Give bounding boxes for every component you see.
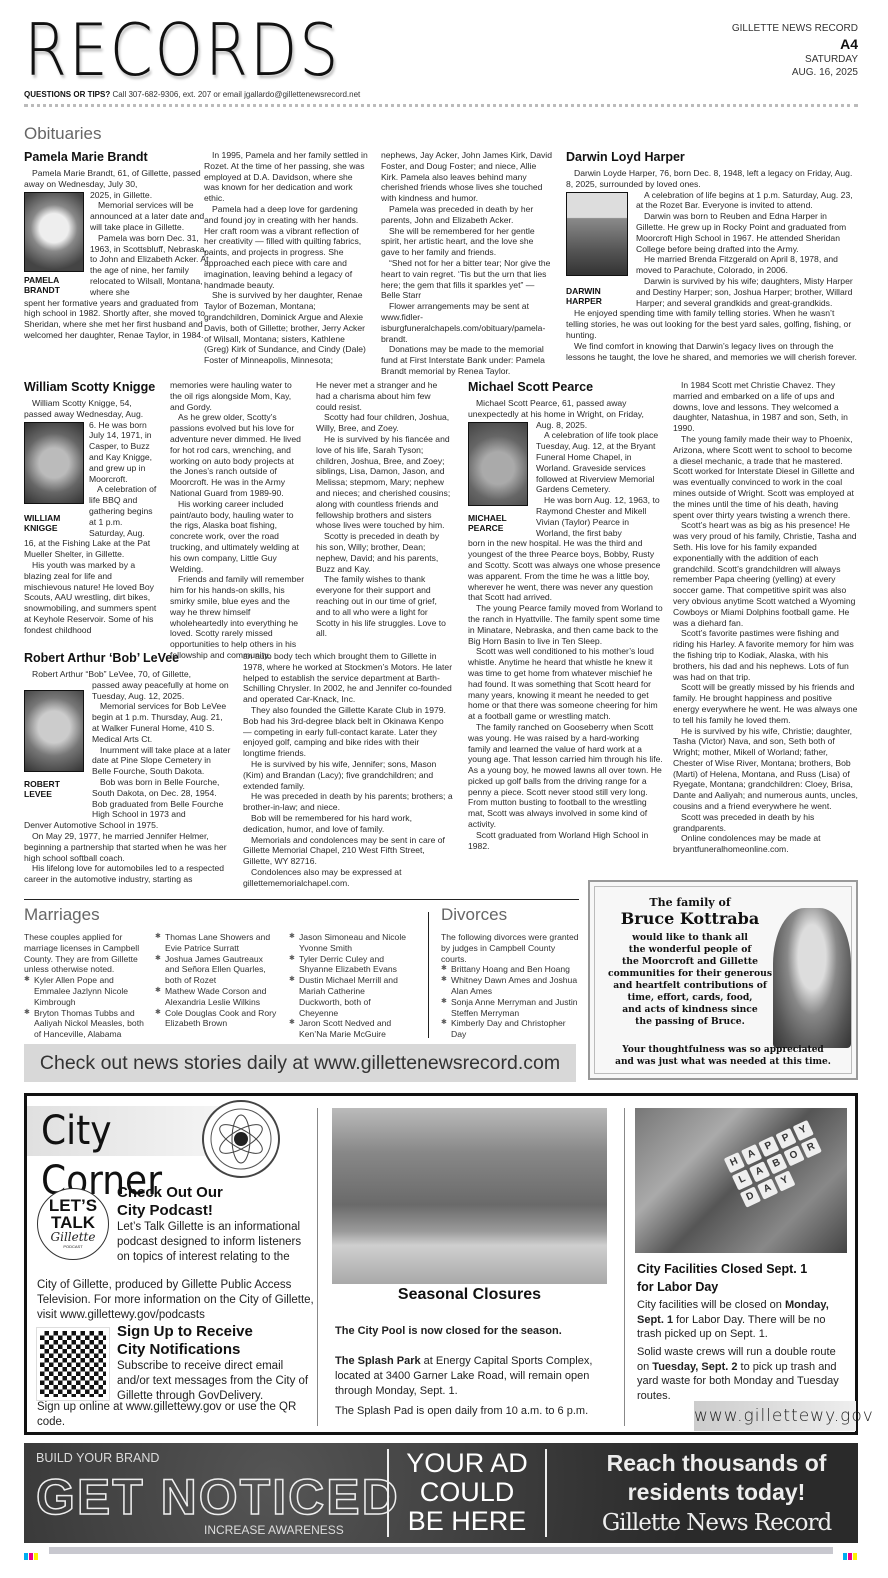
photo-caption: WILLIAMKNIGGE bbox=[24, 513, 84, 533]
section-divider bbox=[24, 899, 579, 900]
photo-caption: PAMELABRANDT bbox=[24, 275, 84, 295]
ad-placeholder-box: YOUR ADCOULDBE HERE bbox=[387, 1449, 547, 1537]
obit-heading: Darwin Loyd Harper bbox=[566, 150, 858, 164]
section-title-obituaries: Obituaries bbox=[24, 124, 101, 144]
column-divider bbox=[428, 912, 429, 1038]
obit-levee: Robert Arthur ‘Bob’ LeVee Robert Arthur … bbox=[24, 651, 232, 885]
list-item: Dustin Michael Merrill and Mariah Cather… bbox=[289, 975, 409, 1018]
labor-day-heading: City Facilities Closed Sept. 1for Labor … bbox=[637, 1260, 849, 1296]
obit-pearce: Michael Scott Pearce Michael Scott Pearc… bbox=[468, 380, 663, 851]
color-registration-left bbox=[24, 1547, 39, 1565]
list-item: Jason Simoneau and Nicole Yvonne Smith bbox=[289, 932, 409, 954]
tips-label: QUESTIONS OR TIPS? bbox=[24, 90, 110, 99]
obit-heading: William Scotty Knigge bbox=[24, 380, 159, 394]
list-item: Thomas Lane Showers and Evie Patrice Sur… bbox=[155, 932, 278, 954]
issue-day: SATURDAY bbox=[732, 53, 858, 66]
list-item: Jaron Scott Nedved and Ken’Na Marie McGu… bbox=[289, 1018, 409, 1040]
list-item: Kimberly Day and Christopher Day bbox=[441, 1018, 579, 1040]
obit-knigge-col2: memories were hauling water to the oil r… bbox=[170, 380, 306, 661]
issue-date: AUG. 16, 2025 bbox=[732, 66, 858, 79]
column-divider bbox=[317, 1108, 318, 1426]
list-item: Cole Douglas Cook and Rory Elizabeth Bro… bbox=[155, 1008, 278, 1030]
list-item: Bryton Thomas Tubbs and Aaliyah Nickol M… bbox=[24, 1008, 148, 1040]
thank-you-notice: The family of Bruce Kottraba would like … bbox=[588, 880, 858, 1080]
marriages-col3: Jason Simoneau and Nicole Yvonne Smith T… bbox=[289, 932, 409, 1040]
section-title-marriages: Marriages bbox=[24, 905, 100, 925]
city-corner-title: City Corner bbox=[27, 1106, 227, 1156]
divorces-list: The following divorces were granted by j… bbox=[441, 932, 579, 1040]
website-promo-banner[interactable]: Check out news stories daily at www.gill… bbox=[24, 1044, 576, 1082]
obit-levee-col2: an auto body tech which brought them to … bbox=[243, 651, 453, 889]
city-corner-box: City Corner LET’S TALK Gillette PODCAST … bbox=[24, 1093, 858, 1435]
photo-pamela-brandt bbox=[24, 192, 84, 272]
tips-line: QUESTIONS OR TIPS? Call 307-682-9306, ex… bbox=[24, 90, 360, 99]
obit-heading: Michael Scott Pearce bbox=[468, 380, 663, 394]
photo-darwin-harper bbox=[566, 192, 628, 276]
masthead-info: GILLETTE NEWS RECORD A4 SATURDAY AUG. 16… bbox=[732, 22, 858, 79]
photo-caption: ROBERTLEVEE bbox=[24, 779, 84, 799]
qr-code[interactable] bbox=[37, 1328, 109, 1400]
column-divider bbox=[624, 1108, 625, 1426]
list-item: Kyler Allen Pope and Emmalee Jazlynn Nic… bbox=[24, 975, 148, 1007]
closures-title: Seasonal Closures bbox=[332, 1286, 607, 1304]
list-item: Joshua James Gautreaux and Señora Ellen … bbox=[155, 954, 278, 986]
obit-knigge-col3: He never met a stranger and he had a cha… bbox=[316, 380, 452, 639]
obit-harper: Darwin Loyd Harper Darwin Loyde Harper, … bbox=[566, 150, 858, 362]
photo-bruce-kottraba bbox=[773, 908, 851, 1048]
obit-heading: Pamela Marie Brandt bbox=[24, 150, 209, 164]
photo-labor-day: HAPPY LABOR DAY bbox=[635, 1108, 847, 1253]
list-item: Whitney Dawn Ames and Joshua Alan Ames bbox=[441, 975, 579, 997]
photo-water-park bbox=[332, 1108, 607, 1284]
photo-michael-pearce bbox=[468, 422, 528, 506]
paper-name: GILLETTE NEWS RECORD bbox=[732, 22, 858, 35]
photo-robert-levee bbox=[24, 690, 84, 772]
podcast-logo[interactable]: LET’S TALK Gillette PODCAST bbox=[37, 1188, 109, 1260]
obit-brandt-col2: In 1995, Pamela and her family settled i… bbox=[204, 150, 370, 366]
list-item: Sonja Anne Merryman and Justin Steffen M… bbox=[441, 997, 579, 1019]
list-item: Tyler Derric Culey and Shyanne Elizabeth… bbox=[289, 954, 409, 976]
obit-knigge: William Scotty Knigge William Scotty Kni… bbox=[24, 380, 159, 636]
obit-pearce-col2: In 1984 Scott met Christie Chavez. They … bbox=[673, 380, 859, 855]
obit-brandt: Pamela Marie Brandt Pamela Marie Brandt,… bbox=[24, 150, 209, 341]
color-registration-right bbox=[843, 1547, 858, 1565]
list-item: Mathew Wade Corson and Alexandria Leslie… bbox=[155, 986, 278, 1008]
tips-contact[interactable]: Call 307-682-9306, ext. 207 or email jga… bbox=[110, 90, 360, 99]
marriages-col1: These couples applied for marriage licen… bbox=[24, 932, 148, 1040]
photo-william-knigge bbox=[24, 422, 84, 504]
list-item: Brittany Hoang and Ben Hoang bbox=[441, 964, 579, 975]
masthead-divider bbox=[24, 104, 858, 107]
registration-bar bbox=[49, 1547, 833, 1554]
obit-brandt-col3: nephews, Jay Acker, John James Kirk, Dav… bbox=[381, 150, 553, 377]
advertisement-banner[interactable]: BUILD YOUR BRAND GET NOTICED INCREASE AW… bbox=[24, 1443, 858, 1543]
page-number: A4 bbox=[732, 35, 858, 53]
notifications-heading: Sign Up to ReceiveCity Notifications bbox=[117, 1323, 317, 1359]
section-title-divorces: Divorces bbox=[441, 905, 507, 925]
photo-caption: DARWINHARPER bbox=[566, 286, 628, 306]
page-title: RECORDS bbox=[24, 14, 340, 86]
photo-caption: MICHAELPEARCE bbox=[468, 513, 528, 533]
podcast-heading: Check Out OurCity Podcast! bbox=[117, 1184, 317, 1220]
marriages-col2: Thomas Lane Showers and Evie Patrice Sur… bbox=[155, 932, 278, 1029]
city-seal-icon bbox=[202, 1100, 280, 1178]
brand-logo: Gillette News Record bbox=[579, 1507, 854, 1539]
obit-heading: Robert Arthur ‘Bob’ LeVee bbox=[24, 651, 232, 665]
city-website-link[interactable]: www.gillettewy.gov bbox=[694, 1401, 856, 1431]
